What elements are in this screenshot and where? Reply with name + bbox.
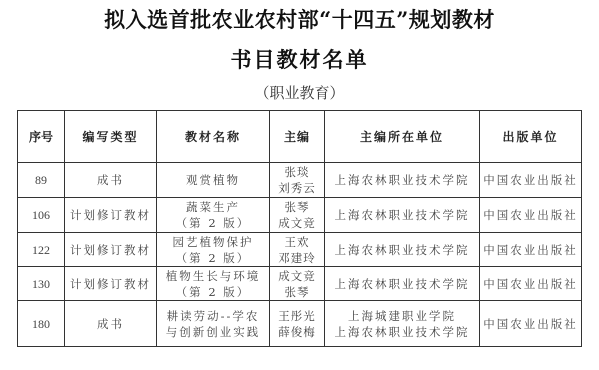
table-row: 89 成书 观赏植物 张琰刘秀云 上海农林职业技术学院 中国农业出版社 <box>18 163 582 198</box>
cell-publisher: 中国农业出版社 <box>480 233 582 267</box>
column-header-name: 教材名称 <box>157 111 270 163</box>
name-line: 植物生长与环境 <box>157 268 269 284</box>
name-line: 观赏植物 <box>157 172 269 188</box>
document-title-line1: 拟入选首批农业农村部“十四五”规划教材 <box>0 4 599 34</box>
textbook-list-table: 序号 编写类型 教材名称 主编 主编所在单位 出版单位 89 成书 观赏植物 张… <box>17 110 582 347</box>
editor-name: 张琰 <box>270 164 324 180</box>
name-line: （第 2 版） <box>157 284 269 300</box>
cell-editors: 王彤光薛俊梅 <box>270 301 325 347</box>
editor-name: 成文竞 <box>270 268 324 284</box>
cell-number: 106 <box>18 198 65 233</box>
table-row: 130 计划修订教材 植物生长与环境（第 2 版） 成文竞张琴 上海农林职业技术… <box>18 267 582 301</box>
table-header-row: 序号 编写类型 教材名称 主编 主编所在单位 出版单位 <box>18 111 582 163</box>
name-line: （第 2 版） <box>157 250 269 266</box>
cell-name: 耕读劳动--学农与创新创业实践 <box>157 301 270 347</box>
cell-editors: 成文竞张琴 <box>270 267 325 301</box>
editor-name: 张琴 <box>270 199 324 215</box>
cell-type: 成书 <box>65 163 157 198</box>
column-header-number: 序号 <box>18 111 65 163</box>
cell-name: 观赏植物 <box>157 163 270 198</box>
editor-name: 张琴 <box>270 284 324 300</box>
document-subtitle: （职业教育） <box>0 82 599 103</box>
unit-line: 上海农林职业技术学院 <box>325 207 479 223</box>
unit-line: 上海农林职业技术学院 <box>325 242 479 258</box>
cell-name: 蔬菜生产（第 2 版） <box>157 198 270 233</box>
cell-publisher: 中国农业出版社 <box>480 198 582 233</box>
cell-number: 130 <box>18 267 65 301</box>
editor-name: 薛俊梅 <box>270 324 324 340</box>
editor-name: 刘秀云 <box>270 180 324 196</box>
cell-type: 成书 <box>65 301 157 347</box>
unit-line: 上海农林职业技术学院 <box>325 276 479 292</box>
name-line: （第 2 版） <box>157 215 269 231</box>
column-header-type: 编写类型 <box>65 111 157 163</box>
column-header-publisher: 出版单位 <box>480 111 582 163</box>
editor-name: 邓建玲 <box>270 250 324 266</box>
cell-publisher: 中国农业出版社 <box>480 163 582 198</box>
cell-editors: 张琰刘秀云 <box>270 163 325 198</box>
cell-type: 计划修订教材 <box>65 198 157 233</box>
cell-name: 植物生长与环境（第 2 版） <box>157 267 270 301</box>
cell-number: 180 <box>18 301 65 347</box>
table-row: 180 成书 耕读劳动--学农与创新创业实践 王彤光薛俊梅 上海城建职业学院上海… <box>18 301 582 347</box>
name-line: 与创新创业实践 <box>157 324 269 340</box>
editor-name: 成文竞 <box>270 215 324 231</box>
table-row: 122 计划修订教材 园艺植物保护（第 2 版） 王欢邓建玲 上海农林职业技术学… <box>18 233 582 267</box>
column-header-editor-unit: 主编所在单位 <box>325 111 480 163</box>
cell-publisher: 中国农业出版社 <box>480 267 582 301</box>
unit-line: 上海农林职业技术学院 <box>325 172 479 188</box>
column-header-editor: 主编 <box>270 111 325 163</box>
cell-number: 89 <box>18 163 65 198</box>
cell-publisher: 中国农业出版社 <box>480 301 582 347</box>
cell-unit: 上海农林职业技术学院 <box>325 267 480 301</box>
editor-name: 王彤光 <box>270 308 324 324</box>
cell-name: 园艺植物保护（第 2 版） <box>157 233 270 267</box>
editor-name: 王欢 <box>270 234 324 250</box>
cell-number: 122 <box>18 233 65 267</box>
name-line: 蔬菜生产 <box>157 199 269 215</box>
unit-line: 上海城建职业学院 <box>325 308 479 324</box>
cell-unit: 上海农林职业技术学院 <box>325 163 480 198</box>
cell-editors: 王欢邓建玲 <box>270 233 325 267</box>
table-row: 106 计划修订教材 蔬菜生产（第 2 版） 张琴成文竞 上海农林职业技术学院 … <box>18 198 582 233</box>
cell-editors: 张琴成文竞 <box>270 198 325 233</box>
cell-unit: 上海城建职业学院上海农林职业技术学院 <box>325 301 480 347</box>
cell-unit: 上海农林职业技术学院 <box>325 198 480 233</box>
unit-line: 上海农林职业技术学院 <box>325 324 479 340</box>
name-line: 园艺植物保护 <box>157 234 269 250</box>
cell-unit: 上海农林职业技术学院 <box>325 233 480 267</box>
document-title-line2: 书目教材名单 <box>0 44 599 74</box>
name-line: 耕读劳动--学农 <box>157 308 269 324</box>
cell-type: 计划修订教材 <box>65 267 157 301</box>
cell-type: 计划修订教材 <box>65 233 157 267</box>
